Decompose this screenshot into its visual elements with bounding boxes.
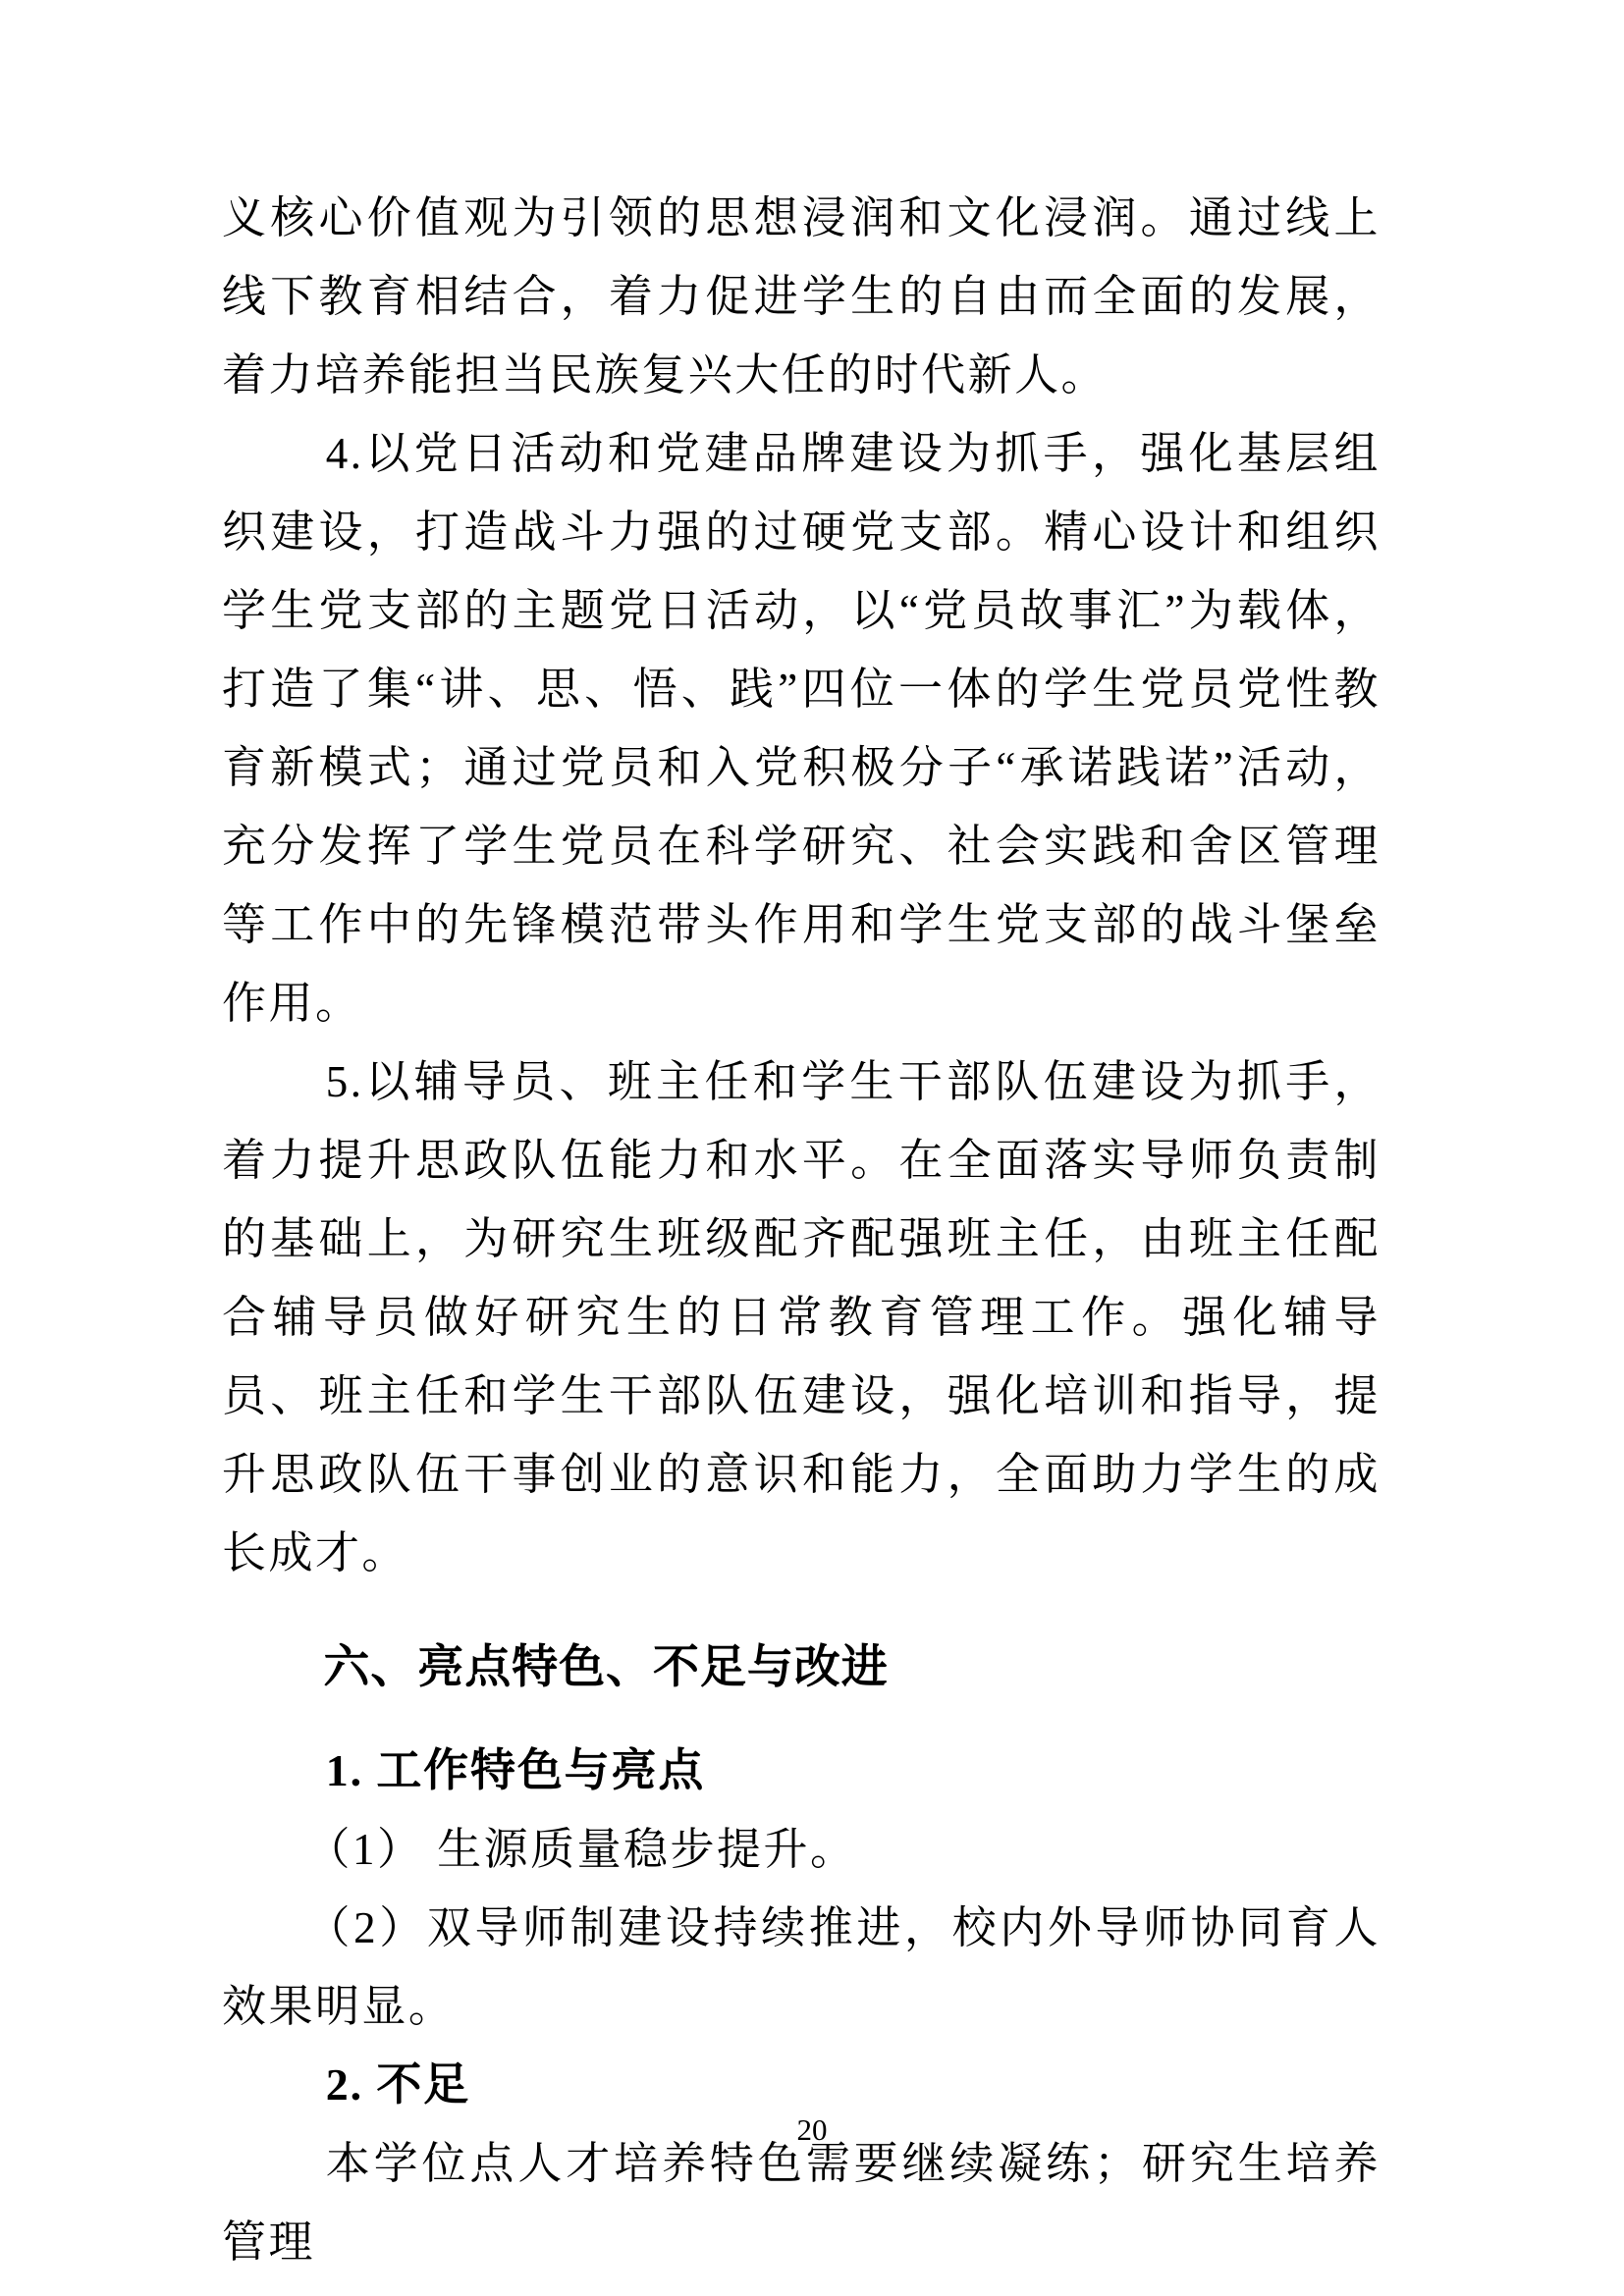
section-heading-six: 六、亮点特色、不足与改进: [222, 1628, 1380, 1706]
page-content: 义核心价值观为引领的思想浸润和文化浸润。通过线上线下教育相结合，着力促进学生的自…: [222, 179, 1380, 2281]
document-page: 义核心价值观为引领的思想浸润和文化浸润。通过线上线下教育相结合，着力促进学生的自…: [0, 0, 1624, 2296]
list-item-1: （1） 生源质量稳步提升。: [222, 1810, 1380, 1889]
paragraph-continuation: 义核心价值观为引领的思想浸润和文化浸润。通过线上线下教育相结合，着力促进学生的自…: [222, 179, 1380, 414]
paragraph-4: 4.以党日活动和党建品牌建设为抓手，强化基层组织建设，打造战斗力强的过硬党支部。…: [222, 414, 1380, 1042]
list-item-2: （2）双导师制建设持续推进，校内外导师协同育人效果明显。: [222, 1889, 1380, 2046]
page-number: 20: [0, 2110, 1624, 2150]
paragraph-5: 5.以辅导员、班主任和学生干部队伍建设为抓手，着力提升思政队伍能力和水平。在全面…: [222, 1042, 1380, 1592]
subheading-work-highlights: 1. 工作特色与亮点: [222, 1732, 1380, 1810]
